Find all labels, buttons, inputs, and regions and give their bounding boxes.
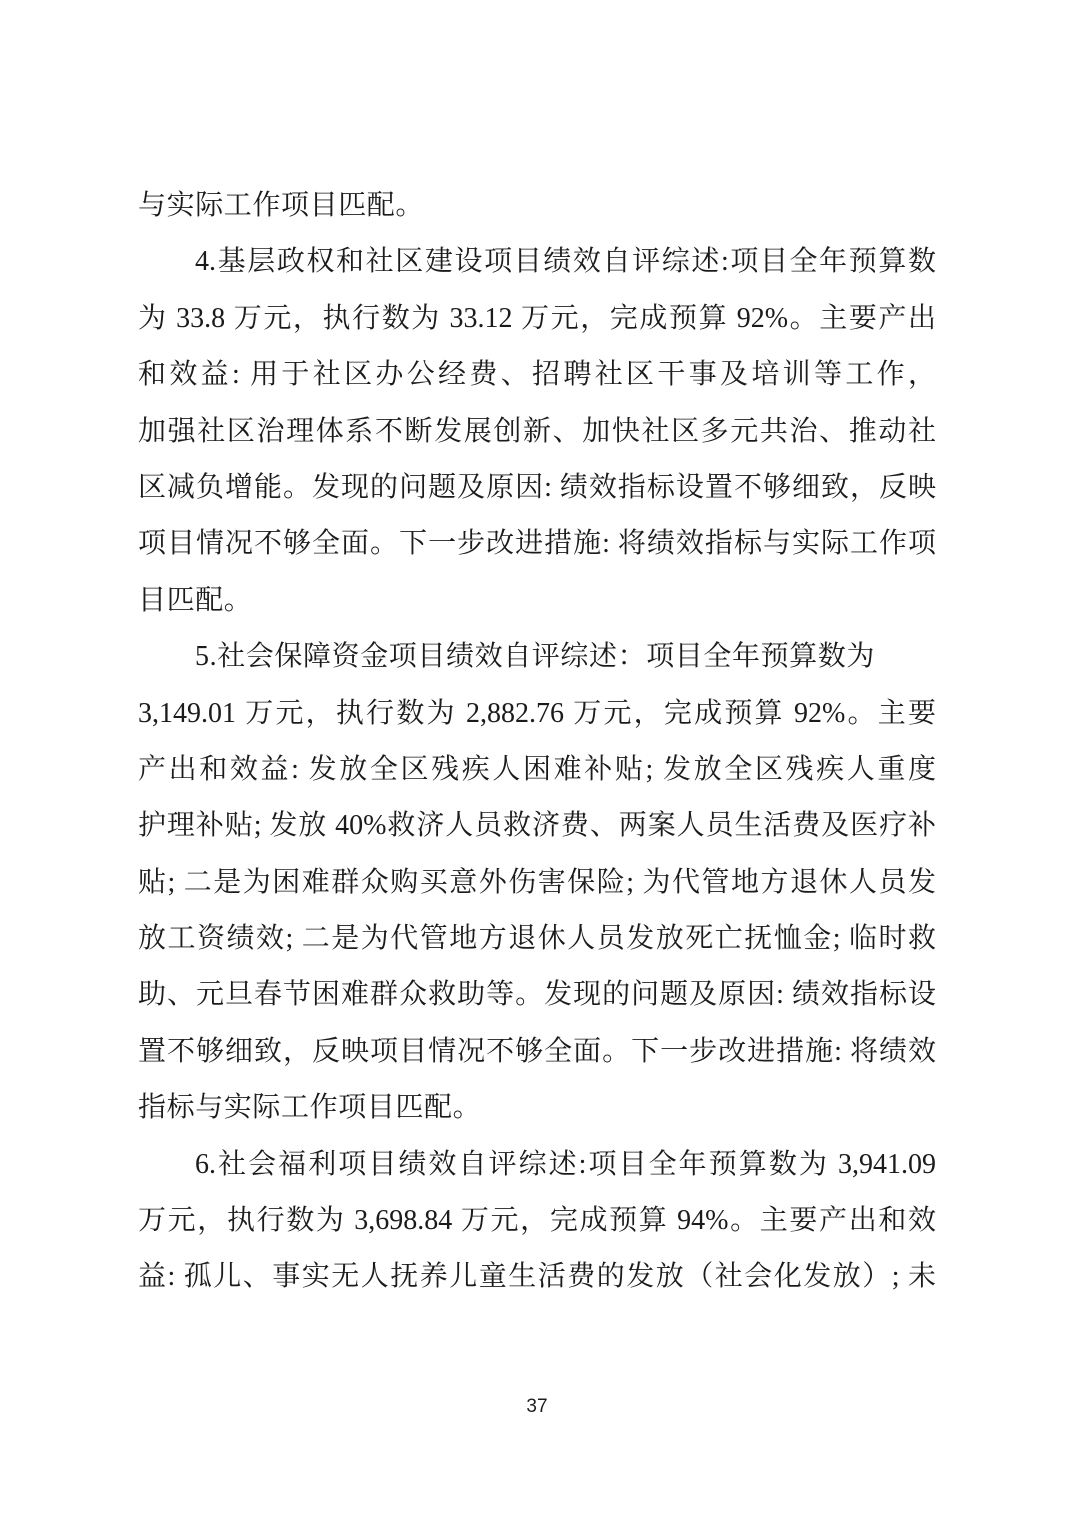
text-line: 3,149.01 万元，执行数为 2,882.76 万元，完成预算 92%。主要 — [138, 686, 936, 742]
text-line: 6.社会福利项目绩效自评综述:项目全年预算数为 3,941.09 — [138, 1137, 936, 1193]
text-line: 5.社会保障资金项目绩效自评综述：项目全年预算数为 — [138, 629, 936, 685]
text-line: 万元，执行数为 3,698.84 万元，完成预算 94%。主要产出和效 — [138, 1193, 936, 1249]
text-line: 置不够细致，反映项目情况不够全面。下一步改进措施: 将绩效 — [138, 1024, 936, 1080]
text-line: 指标与实际工作项目匹配。 — [138, 1080, 936, 1136]
text-line: 益: 孤儿、事实无人抚养儿童生活费的发放（社会化发放）; 未 — [138, 1249, 936, 1305]
text-line: 4.基层政权和社区建设项目绩效自评综述:项目全年预算数 — [138, 234, 936, 290]
text-line: 项目情况不够全面。下一步改进措施: 将绩效指标与实际工作项 — [138, 516, 936, 572]
text-line: 为 33.8 万元，执行数为 33.12 万元，完成预算 92%。主要产出 — [138, 291, 936, 347]
text-line: 放工资绩效; 二是为代管地方退休人员发放死亡抚恤金; 临时救 — [138, 911, 936, 967]
document-page: 与实际工作项目匹配。 4.基层政权和社区建设项目绩效自评综述:项目全年预算数 为… — [0, 0, 1074, 1520]
text-line: 贴; 二是为困难群众购买意外伤害保险; 为代管地方退休人员发 — [138, 855, 936, 911]
text-line: 区减负增能。发现的问题及原因: 绩效指标设置不够细致，反映 — [138, 460, 936, 516]
text-line: 和效益: 用于社区办公经费、招聘社区干事及培训等工作， — [138, 347, 936, 403]
text-line: 助、元旦春节困难群众救助等。发现的问题及原因: 绩效指标设 — [138, 967, 936, 1023]
text-line: 目匹配。 — [138, 573, 936, 629]
text-line: 产出和效益: 发放全区残疾人困难补贴; 发放全区残疾人重度 — [138, 742, 936, 798]
text-line: 加强社区治理体系不断发展创新、加快社区多元共治、推动社 — [138, 404, 936, 460]
text-line: 护理补贴; 发放 40%救济人员救济费、两案人员生活费及医疗补 — [138, 798, 936, 854]
text-line: 与实际工作项目匹配。 — [138, 178, 936, 234]
document-body: 与实际工作项目匹配。 4.基层政权和社区建设项目绩效自评综述:项目全年预算数 为… — [138, 178, 936, 1306]
page-number: 37 — [0, 1396, 1074, 1418]
